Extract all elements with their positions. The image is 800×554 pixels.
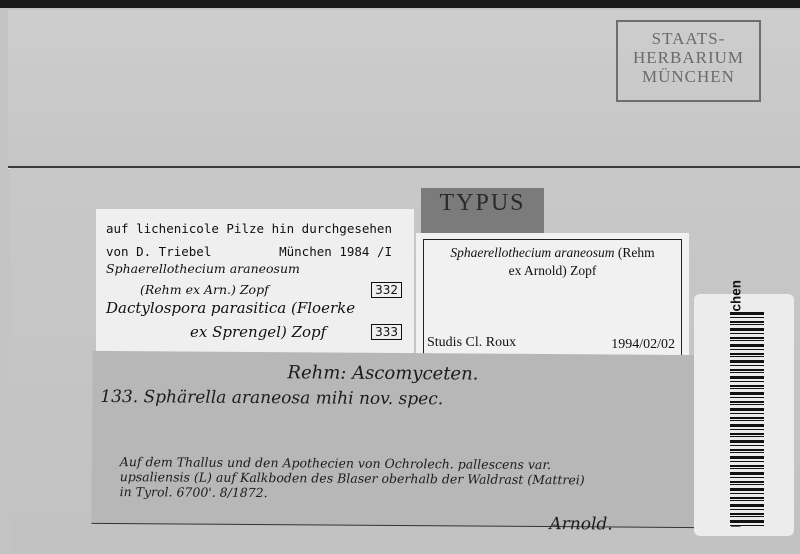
barcode-icon — [730, 312, 764, 526]
typus-taxon-italic: Sphaerellothecium araneosum — [450, 245, 614, 260]
typus-studis: Studis Cl. Roux — [427, 335, 516, 351]
stamp-line: STAATS- — [618, 29, 759, 48]
typus-label-frame: Sphaerellothecium araneosum (Rehm ex Arn… — [423, 239, 682, 362]
typus-label: Sphaerellothecium araneosum (Rehm ex Arn… — [416, 233, 689, 368]
stamp-line: HERBARIUM — [618, 48, 759, 67]
revision-label: auf lichenicole Pilze hin durchgesehen v… — [96, 209, 414, 355]
herbarium-stamp: STAATS- HERBARIUM MÜNCHEN — [616, 20, 761, 102]
taxon2-author: ex Sprengel) Zopf — [190, 323, 326, 341]
taxon1-author-row: (Rehm ex Arn.) Zopf 332 — [106, 280, 406, 299]
typus-taxon-name: Sphaerellothecium araneosum (Rehm ex Arn… — [424, 244, 681, 280]
reviser-name: von D. Triebel — [106, 244, 211, 259]
original-title: 133. Sphärella araneosa mihi nov. spec. — [100, 387, 443, 409]
revision-line-2: von D. Triebel München 1984 /I — [106, 241, 406, 261]
original-label: Rehm: Ascomyceten. 133. Sphärella araneo… — [91, 351, 698, 528]
taxon2-name: Dactylospora parasitica (Floerke — [106, 299, 406, 321]
original-signature: Arnold. — [549, 514, 612, 534]
taxon1-name: Sphaerellothecium araneosum — [106, 261, 406, 280]
taxon1-number: 332 — [371, 282, 402, 298]
revision-place-date: München 1984 /I — [279, 244, 392, 259]
taxon1-author: (Rehm ex Arn.) Zopf — [140, 282, 269, 297]
typus-taxon-author: (Rehm — [614, 245, 654, 260]
original-body: Auf dem Thallus und den Apothecien von O… — [120, 454, 585, 502]
stamp-line: MÜNCHEN — [618, 67, 759, 86]
taxon2-author-row: ex Sprengel) Zopf 333 — [106, 321, 406, 343]
barcode-label: Botanische Staatssammlung München M-0044… — [694, 294, 794, 536]
typus-badge: TYPUS — [421, 188, 544, 233]
original-heading: Rehm: Ascomyceten. — [287, 362, 478, 384]
taxon2-number: 333 — [371, 324, 402, 340]
revision-line-1: auf lichenicole Pilze hin durchgesehen — [106, 221, 406, 241]
typus-taxon-author-2: ex Arnold) Zopf — [509, 263, 597, 278]
typus-date: 1994/02/02 — [611, 337, 675, 353]
